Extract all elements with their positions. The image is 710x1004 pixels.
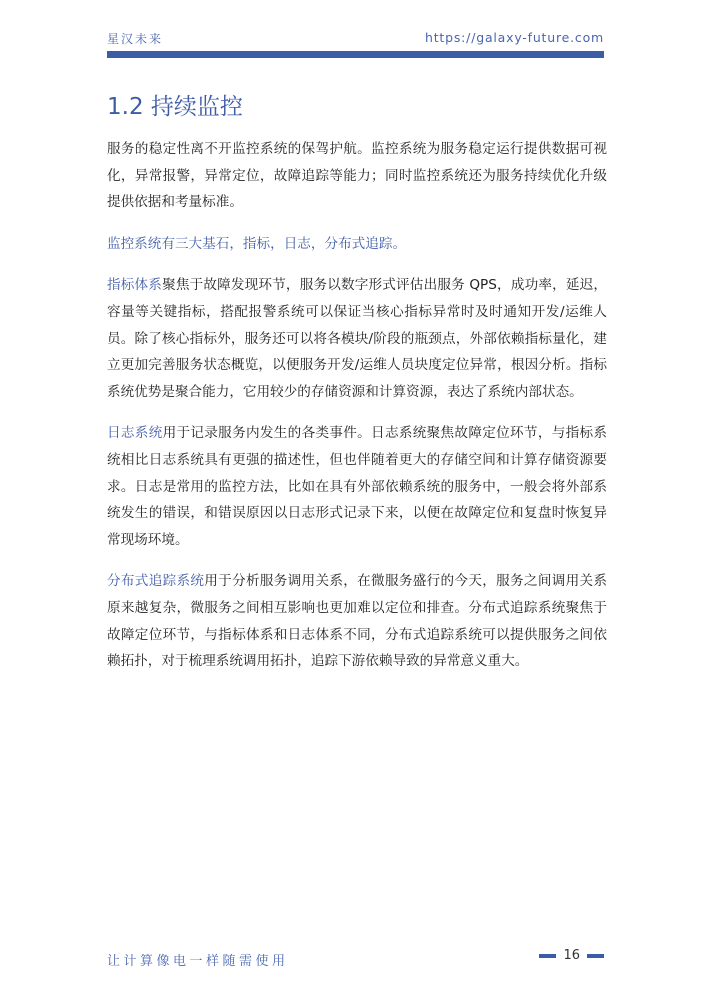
footer-slogan: 让计算像电一样随需使用 [107, 950, 289, 969]
pillars-statement: 监控系统有三大基石，指标，日志，分布式追踪。 [107, 231, 607, 258]
metrics-paragraph: 指标体系聚焦于故障发现环节，服务以数字形式评估出服务 QPS，成功率，延迟，容量… [107, 272, 607, 405]
logging-text: 用于记录服务内发生的各类事件。日志系统聚焦故障定位环节，与指标系统相比日志系统具… [107, 425, 607, 547]
document-body: 服务的稳定性离不开监控系统的保驾护航。监控系统为服务稳定运行提供数据可视化，异常… [107, 136, 607, 690]
section-title: 1.2 持续监控 [107, 88, 243, 121]
header-url-link[interactable]: https://galaxy-future.com [425, 30, 604, 45]
page-number: 16 [563, 948, 580, 963]
header-divider-bar [107, 51, 604, 58]
page-number-indicator: 16 [539, 948, 604, 963]
page-dash-left-icon [539, 954, 556, 958]
intro-paragraph: 服务的稳定性离不开监控系统的保驾护航。监控系统为服务稳定运行提供数据可视化，异常… [107, 136, 607, 216]
tracing-paragraph: 分布式追踪系统用于分析服务调用关系，在微服务盛行的今天，服务之间调用关系原来越复… [107, 568, 607, 674]
logging-term: 日志系统 [107, 425, 163, 441]
metrics-text: 聚焦于故障发现环节，服务以数字形式评估出服务 QPS，成功率，延迟，容量等关键指… [107, 277, 607, 399]
logging-paragraph: 日志系统用于记录服务内发生的各类事件。日志系统聚焦故障定位环节，与指标系统相比日… [107, 420, 607, 553]
page-dash-right-icon [587, 954, 604, 958]
tracing-term: 分布式追踪系统 [107, 573, 204, 589]
metrics-term: 指标体系 [107, 277, 162, 293]
page-footer: 让计算像电一样随需使用 16 [107, 948, 604, 970]
header-brand: 星汉未来 [107, 30, 163, 47]
